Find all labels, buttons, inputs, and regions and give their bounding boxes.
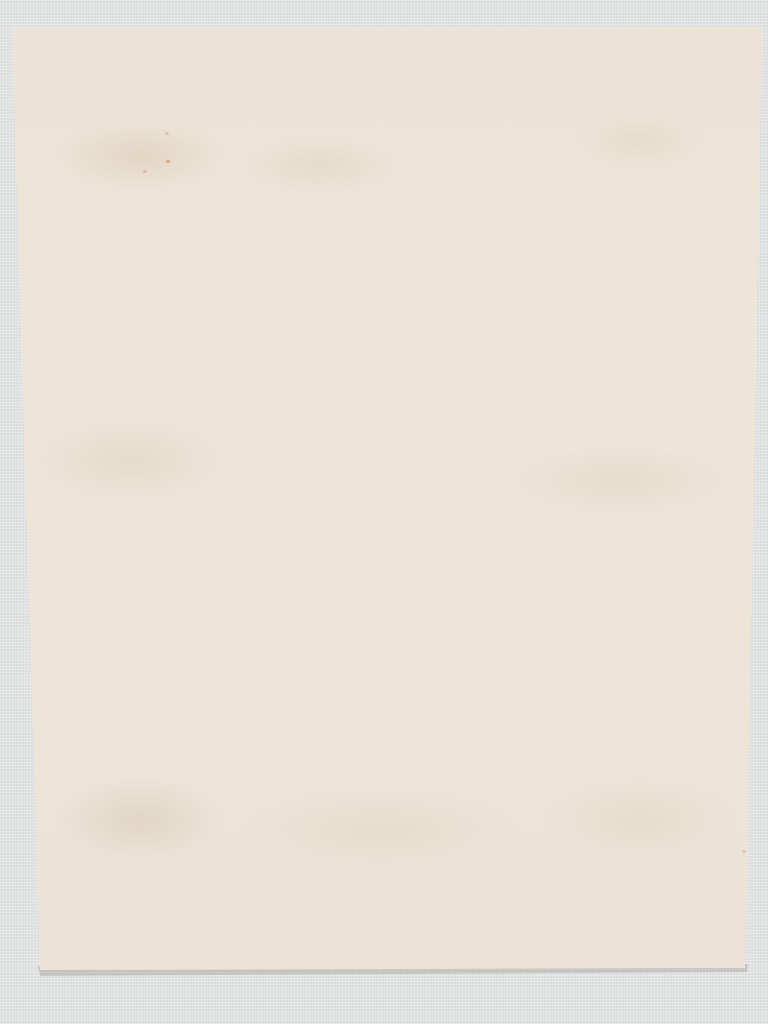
foxing-spot: [143, 170, 147, 173]
foxing-spot: [166, 160, 170, 163]
paper-sheet: [0, 0, 768, 1024]
foxing-spot: [742, 850, 746, 853]
foxing-spot: [165, 132, 169, 135]
photo-scene: Reverse side of an aged blank sheet of p…: [0, 0, 768, 1024]
